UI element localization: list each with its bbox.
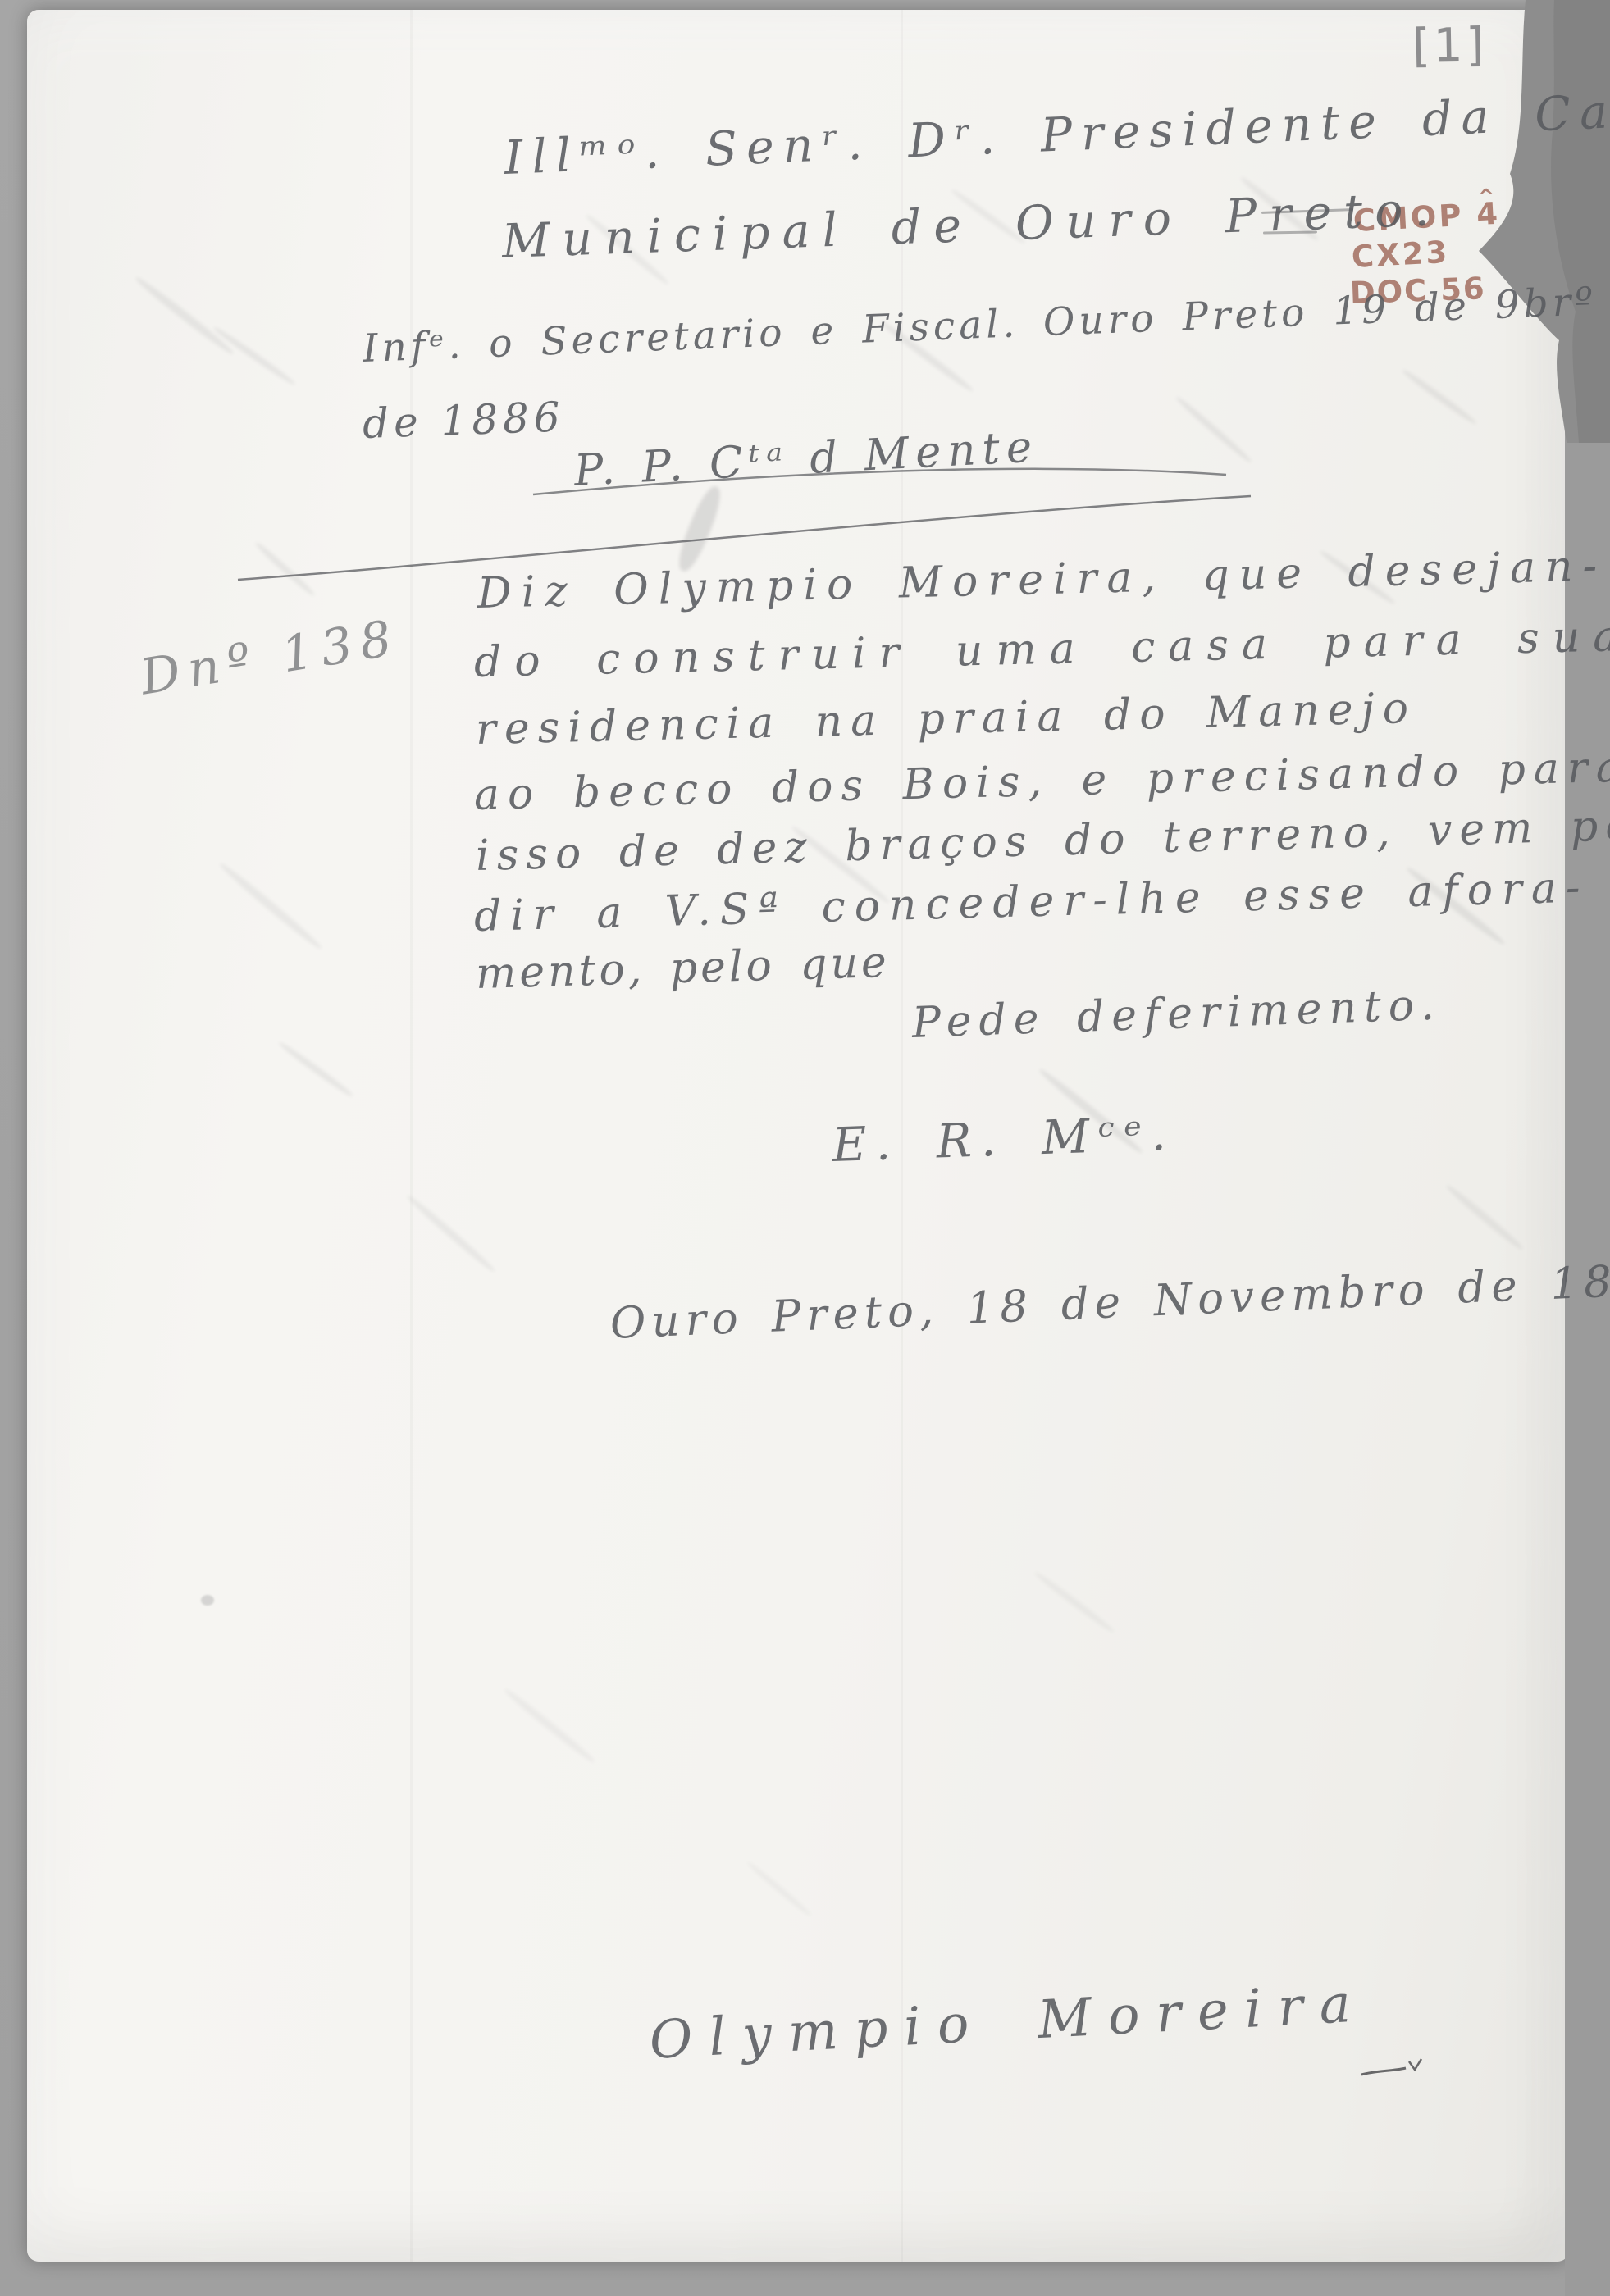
page-number-mark: [1] bbox=[1412, 18, 1487, 73]
pencil-speck bbox=[201, 1595, 214, 1606]
archive-stamp-line-2: CX23 bbox=[1351, 235, 1450, 275]
scanned-document-page: [1] ^ CMOP 4 CX23 DOC 56 Illᵐᵒ. Senʳ. Dʳ… bbox=[0, 0, 1610, 2296]
dispatch-line-2: de 1886 bbox=[362, 393, 566, 448]
scribble-mark bbox=[1360, 2057, 1491, 2086]
